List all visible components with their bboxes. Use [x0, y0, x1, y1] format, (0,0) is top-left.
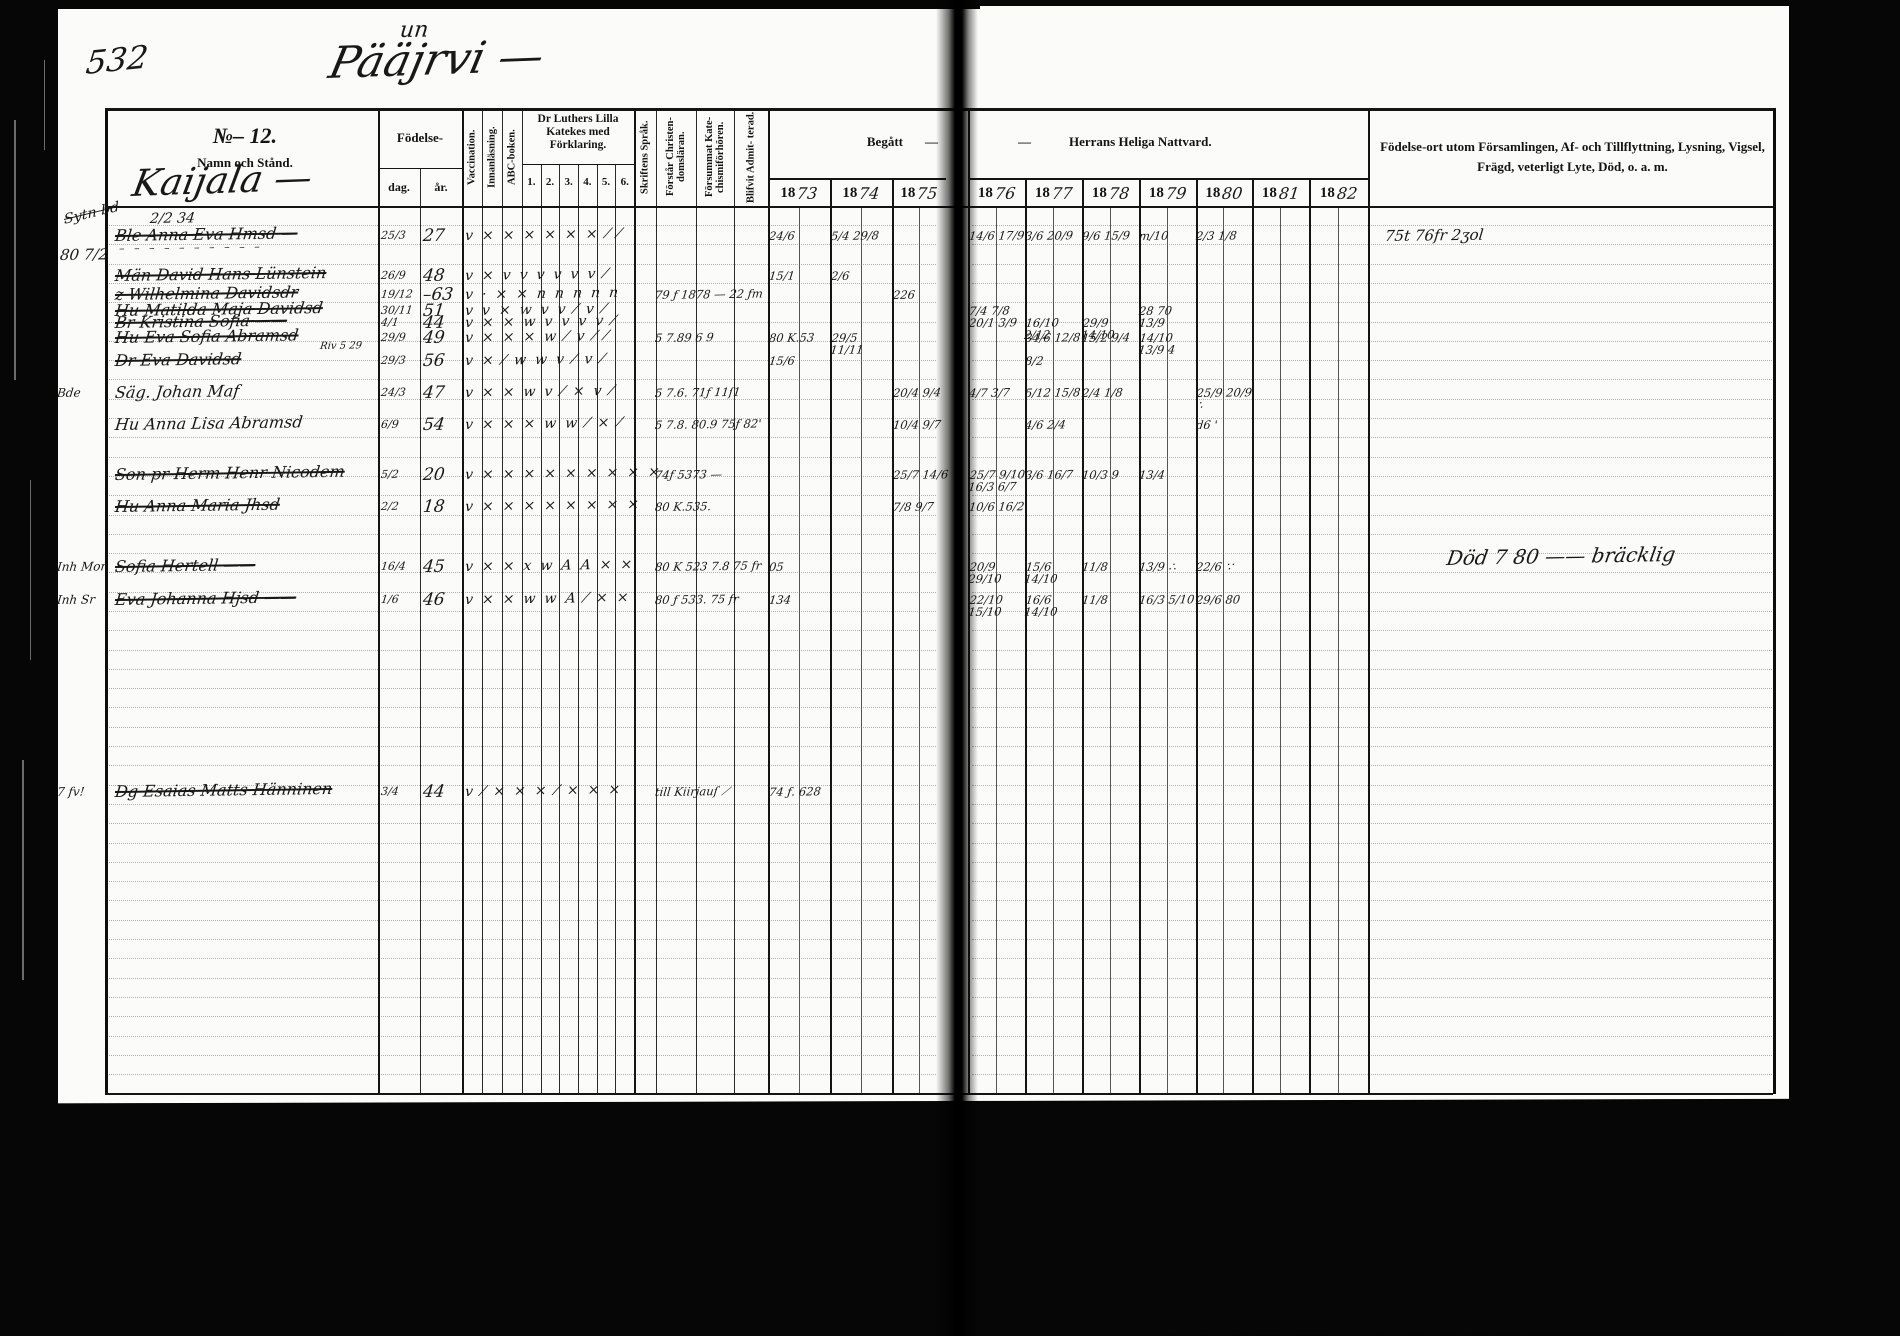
catechism-header-line2: Katekes med [546, 126, 610, 138]
year-printed: 18 [1262, 185, 1277, 202]
year-cell-1881 [1252, 560, 1308, 561]
name-cell: Säg. Johan Maf [114, 383, 384, 399]
birth-day-cell: 25/3 [380, 229, 423, 242]
margin-note-b: 80 7/2 [59, 245, 109, 264]
year-cell-1881 [1252, 593, 1308, 594]
year-cell-1873: 24/6 [768, 229, 825, 242]
year-cell-1874 [831, 304, 887, 305]
grid-line [106, 900, 936, 901]
birth-day-cell: 4/1 [380, 316, 423, 329]
year-cell-1882 [1309, 269, 1365, 270]
check-marks: v⁄×××⁄××× [464, 783, 651, 798]
grid-line [106, 862, 936, 863]
grid-line [972, 746, 1772, 747]
grid-line [972, 843, 1772, 844]
year-cell-1873: 74 ƒ. 628 [768, 785, 825, 798]
year-cell-1877: 16/6 14/10 [1024, 593, 1083, 618]
year-cell-1882 [1309, 500, 1365, 501]
grid-line [378, 168, 462, 169]
name-cell: Män David Hans Lünstein [114, 266, 384, 282]
year-cell-1877: 15/6 14/10 [1024, 560, 1083, 585]
catechism-col-5: 5. [597, 176, 616, 200]
year-cell-1878 [1082, 269, 1138, 270]
year-cell-1873 [769, 468, 825, 469]
check-marks: v××××××××× [464, 466, 651, 481]
year-cell-1880: d6 ' [1195, 418, 1252, 431]
year-printed: 18 [780, 185, 795, 202]
name-cell: Dg Esaias Matts Hänninen [114, 782, 384, 798]
year-header-1880: 1880 [1196, 180, 1252, 206]
year-cell-1879: m/10 [1138, 229, 1195, 242]
grid-line [106, 457, 936, 458]
check-marks: v××xwAA×× [464, 558, 651, 573]
year-cell-1878: 11/8 [1081, 560, 1138, 573]
year-cell-1873 [769, 386, 825, 387]
year-printed: 18 [1092, 185, 1107, 202]
grid-line [106, 881, 936, 882]
year-cell-1873 [769, 500, 825, 501]
grid-line [972, 1074, 1772, 1075]
catechism-col-1: 1. [522, 176, 541, 200]
year-cell-1879: 13/4 [1138, 468, 1195, 481]
grid-line [972, 650, 1772, 651]
year-cell-1880 [1196, 785, 1252, 786]
birth-year-cell: 18 [422, 500, 469, 513]
year-cell-1877: 3/6 20/9 [1024, 229, 1081, 242]
communion-header-left: Begått — [768, 108, 944, 176]
grid-line [106, 1016, 936, 1017]
grid-line [106, 823, 936, 824]
nattvard-dash: — [1018, 134, 1031, 150]
year-cell-1879 [1139, 500, 1195, 501]
grid-line [972, 457, 1772, 458]
catechism-note: 80 ƒ 533. 75 fr [654, 592, 767, 606]
year-header-1873: 1873 [768, 180, 830, 206]
scan-scratch [44, 60, 45, 150]
communion-header-right: — Herrans Heliga Nattvard. [968, 108, 1368, 176]
catechism-note: 5 7.89 6 9 [654, 330, 767, 344]
catechism-note: 80 K.535. [654, 499, 767, 513]
grid-line [106, 1074, 936, 1075]
remark-note: 75t 76fr 2ʒol [1384, 225, 1776, 242]
year-header-1877: 1877 [1025, 180, 1082, 206]
birth-year-cell: 49 [422, 331, 469, 344]
year-cell-1880 [1196, 468, 1252, 469]
grid-line [106, 978, 936, 979]
grid-line [972, 379, 1772, 380]
year-header-1874: 1874 [830, 180, 892, 206]
year-cell-1880 [1196, 331, 1252, 332]
name-cell: Sofia Hertell —— [114, 557, 384, 573]
grid-line [106, 746, 936, 747]
birth-year-cell: 56 [422, 354, 469, 367]
name-cell: Hu Anna Lisa Abramsd [114, 415, 384, 431]
year-cell-1880 [1196, 354, 1252, 355]
remarks-header-line1: Födelse-ort utom Församlingen, Af- och T… [1380, 137, 1765, 157]
year-cell-1877 [1025, 269, 1081, 270]
year-cell-1878: 11/8 [1081, 593, 1138, 606]
year-cell-1882 [1309, 229, 1365, 230]
book-gutter-shadow [936, 0, 978, 1336]
year-cell-1873 [769, 304, 825, 305]
birth-day-cell: 1/6 [380, 593, 423, 606]
year-cell-1881 [1252, 354, 1308, 355]
year-cell-1882 [1309, 316, 1365, 317]
year-cell-1879: 16/3 5/10 [1138, 593, 1195, 606]
birth-day-cell: 16/4 [380, 560, 423, 573]
grid-line [106, 1055, 936, 1056]
year-written: 76 [994, 183, 1016, 202]
birth-year-cell: 27 [422, 229, 469, 242]
year-cell-1874 [831, 593, 887, 594]
year-printed: 18 [1205, 185, 1220, 202]
year-cell-1881 [1252, 418, 1308, 419]
year-header-1878: 1878 [1082, 180, 1139, 206]
birth-day-cell: 6/9 [380, 418, 423, 431]
name-cell: Son pr Herm Henr Nicodem [114, 465, 384, 481]
year-cell-1880 [1196, 500, 1252, 501]
grid-line [106, 553, 936, 554]
year-cell-1879 [1139, 354, 1195, 355]
year-cell-1873: 15/1 [768, 269, 825, 282]
birth-day-cell: 3/4 [380, 785, 423, 798]
year-cell-1879 [1139, 418, 1195, 419]
grid-line [106, 650, 936, 651]
grid-line [972, 823, 1772, 824]
grid-line [106, 707, 936, 708]
year-cell-1880: 29/6 80 [1195, 593, 1252, 606]
year-cell-1881 [1252, 386, 1308, 387]
scan-scratch [30, 480, 31, 660]
year-cell-1881 [1252, 269, 1308, 270]
grid-line [106, 379, 936, 380]
year-printed: 18 [842, 185, 857, 202]
year-written: 80 [1221, 183, 1243, 202]
year-cell-1873 [769, 418, 825, 419]
year-cell-1878 [1082, 288, 1138, 289]
grid-line [106, 843, 936, 844]
year-cell-1880: 25/9 20/9 ∴ [1195, 386, 1254, 411]
birth-year-cell: 47 [422, 386, 469, 399]
year-cell-1877 [1025, 304, 1081, 305]
catechism-header-line3: Förklaring. [550, 139, 607, 151]
year-cell-1874 [831, 468, 887, 469]
grid-line [522, 164, 634, 165]
year-cell-1877 [1025, 785, 1081, 786]
parish-title: Pääjrvi — [325, 31, 549, 89]
grid-line [972, 978, 1772, 979]
year-printed: 18 [900, 185, 915, 202]
year-cell-1877: 3/6 16/7 [1024, 468, 1081, 481]
scan-border-top2 [980, 0, 1900, 5]
year-written: 77 [1051, 183, 1073, 202]
year-cell-1879 [1139, 785, 1195, 786]
year-cell-1873 [769, 316, 825, 317]
grid-line [972, 765, 1772, 766]
year-cell-1882 [1309, 288, 1365, 289]
year-header-1882: 1882 [1309, 180, 1368, 206]
nattvard-label: Herrans Heliga Nattvard. [1069, 134, 1212, 150]
year-cell-1879 [1139, 288, 1195, 289]
year-cell-1880 [1196, 288, 1252, 289]
catechism-note: till Kiirjauſ ⟋ [654, 784, 767, 798]
understands-christianity-column-header: Förstår Christen- domsläran. [656, 110, 696, 204]
year-cell-1881 [1252, 468, 1308, 469]
catechism-note: 5 7.6. 71ƒ 11ſ1 [654, 385, 767, 399]
year-cell-1873: 80 K.53 [768, 331, 825, 344]
birth-year-cell: 20 [422, 468, 469, 481]
grid-line [106, 688, 936, 689]
grid-line [972, 1036, 1772, 1037]
scan-scratch [22, 760, 24, 980]
grid-line [106, 669, 936, 670]
birth-day-cell: 29/3 [380, 354, 423, 367]
begatt-label: Begått [867, 134, 903, 150]
birth-year-header: år. [420, 172, 462, 202]
year-cell-1881 [1252, 229, 1308, 230]
year-cell-1874: 2/6 [830, 269, 887, 282]
check-marks: v××wv⁄×v⁄ [464, 384, 651, 399]
year-cell-1882 [1309, 418, 1365, 419]
year-cell-1874 [831, 288, 887, 289]
year-cell-1878 [1082, 304, 1138, 305]
record-number: №– 12. [150, 118, 340, 154]
vaccination-column-header: Vaccination. [462, 110, 482, 204]
year-cell-1878 [1082, 354, 1138, 355]
remarks-column-header: Födelse-ort utom Församlingen, Af- och T… [1372, 108, 1773, 206]
year-printed: 18 [1320, 185, 1335, 202]
year-cell-1874: 29/5 11/11 [830, 331, 889, 356]
birth-year-cell: –63 [422, 288, 469, 301]
year-header-1881: 1881 [1252, 180, 1309, 206]
year-cell-1878 [1082, 418, 1138, 419]
name-cell: Hu Anna Maria Jhsd [114, 497, 384, 513]
year-cell-1874 [831, 386, 887, 387]
year-cell-1877: 34/6 12/8 [1024, 331, 1081, 344]
year-cell-1873 [769, 288, 825, 289]
year-cell-1882 [1309, 304, 1365, 305]
year-cell-1878 [1082, 500, 1138, 501]
grid-line [972, 630, 1772, 631]
catechism-col-6: 6. [615, 176, 634, 200]
birth-day-cell: 24/3 [380, 386, 423, 399]
year-printed: 18 [1149, 185, 1164, 202]
grid-line [972, 881, 1772, 882]
grid-line [972, 900, 1772, 901]
margin-note: Inh Mor [56, 560, 107, 573]
scan-scratch [14, 120, 16, 380]
grid-line [106, 997, 936, 998]
name-cell: Dr Eva Davidsd [114, 351, 384, 367]
year-printed: 18 [1035, 185, 1050, 202]
birth-column-header: Födelse- [378, 112, 462, 164]
year-cell-1877 [1025, 288, 1081, 289]
year-written: 73 [796, 183, 818, 202]
year-cell-1881 [1252, 500, 1308, 501]
year-cell-1874 [831, 560, 887, 561]
grid-line [972, 1016, 1772, 1017]
grid-line [972, 920, 1772, 921]
reading-column-header: Innanläsning. [482, 110, 502, 204]
check-marks: v×××w⁄v⁄⁄ [464, 329, 651, 344]
grid-line [972, 958, 1772, 959]
birth-day-cell: 5/2 [380, 468, 423, 481]
year-cell-1879: 13/9 [1138, 316, 1195, 329]
grid-line [106, 1036, 936, 1037]
birth-year-cell: 54 [422, 418, 469, 431]
birth-year-cell: 44 [422, 785, 469, 798]
check-marks: v×××××××× [464, 498, 651, 513]
check-marks: v×××ww⁄×⁄ [464, 416, 651, 431]
birth-year-cell: 46 [422, 593, 469, 606]
grid-line [106, 958, 936, 959]
grid-line [972, 669, 1772, 670]
birth-year-cell: 48 [422, 269, 469, 282]
check-marks: v××××××⁄⁄ [464, 227, 651, 242]
catechism-subcolumn-numbers: 1. 2. 3. 4. 5. 6. [522, 176, 634, 200]
year-cell-1882 [1309, 785, 1365, 786]
margin-note: Bde [56, 386, 107, 399]
year-cell-1881 [1252, 304, 1308, 305]
year-cell-1874: 5/4 29/8 [830, 229, 887, 242]
year-cell-1877: 5/12 15/8 [1024, 386, 1081, 399]
catechism-note: 74ƒ 5373 — [654, 467, 767, 481]
grid-line [106, 630, 936, 631]
year-cell-1880 [1196, 304, 1252, 305]
grid-line [972, 727, 1772, 728]
year-cell-1880 [1196, 269, 1252, 270]
year-cell-1881 [1252, 316, 1308, 317]
remarks-header-line2: Frägd, veterligt Lyte, Död, o. a. m. [1477, 157, 1668, 177]
grid-line [972, 862, 1772, 863]
abc-book-column-header: ABC-boken. [502, 110, 522, 204]
check-marks: v×vvvvvv⁄ [464, 267, 651, 282]
birth-day-cell: 19/12 [380, 288, 423, 301]
year-cell-1881 [1252, 288, 1308, 289]
year-cell-1874 [831, 354, 887, 355]
scripture-language-column-header: Skriftens Språk. [634, 110, 656, 204]
year-written: 78 [1108, 183, 1130, 202]
grid-line [972, 939, 1772, 940]
admitted-column-header: Blifvit Admit- terad. [734, 110, 768, 204]
year-printed: 18 [978, 185, 993, 202]
catechism-header-line1: Dr Luthers Lilla [538, 113, 619, 125]
year-cell-1882 [1309, 560, 1365, 561]
grid-line [106, 920, 936, 921]
year-cell-1880 [1196, 316, 1252, 317]
year-cell-1881 [1252, 331, 1308, 332]
catechism-note: 5 7.8. 80.9 75ƒ 82' [654, 417, 767, 431]
grid-line [106, 939, 936, 940]
grid-line [972, 997, 1772, 998]
year-written: 79 [1165, 183, 1187, 202]
grid-line [972, 264, 1772, 265]
year-cell-1882 [1309, 331, 1365, 332]
name-cell: Eva Johanna Hjsd —— [114, 590, 384, 606]
grid-line [106, 727, 936, 728]
year-cell-1878: 10/3 9 [1081, 468, 1138, 481]
year-written: 82 [1336, 183, 1358, 202]
year-cell-1882 [1309, 354, 1365, 355]
check-marks: v×⁄wwv⁄v⁄ [464, 352, 651, 367]
year-cell-1880: 22/6 ∵ [1195, 560, 1252, 573]
grid-line [972, 1055, 1772, 1056]
check-marks: v××wwA⁄×× [464, 591, 651, 606]
year-cell-1879 [1139, 269, 1195, 270]
year-cell-1878: 2/4 1/8 [1081, 386, 1138, 399]
year-cell-1877: 8/2 [1024, 354, 1081, 367]
year-cell-1873: 05 [768, 560, 825, 573]
check-marks: v·××nnnnn [464, 286, 651, 301]
page-number: 532 [84, 38, 150, 82]
year-cell-1879 [1139, 386, 1195, 387]
missed-catechism-column-header: Försummat Kate- chismiförhören. [696, 110, 734, 204]
village-name: Kaijala — [129, 156, 316, 205]
grid-line [972, 495, 1772, 496]
catechism-column-header: Dr Luthers Lilla Katekes med Förklaring. [522, 113, 634, 163]
year-cell-1877 [1025, 500, 1081, 501]
scan-border-top [0, 0, 980, 9]
year-cell-1873: 134 [768, 593, 825, 606]
catechism-col-2: 2. [541, 176, 560, 200]
year-written: 74 [858, 183, 880, 202]
year-cell-1881 [1252, 785, 1308, 786]
grid-line [972, 534, 1772, 535]
check-marks: v××wvvvv⁄ [464, 314, 651, 329]
year-cell-1878: 9/6 15/9 [1081, 229, 1138, 242]
year-cell-1874 [831, 316, 887, 317]
year-cell-1879: 14/10 13/9 4 [1138, 331, 1197, 356]
year-cell-1874 [831, 785, 887, 786]
year-cell-1879: 13/9 ∴ [1138, 560, 1195, 573]
catechism-col-4: 4. [578, 176, 597, 200]
year-cell-1882 [1309, 593, 1365, 594]
year-cell-1878 [1082, 785, 1138, 786]
catechism-note: 80 K 523 7.8 75 fr [654, 559, 767, 573]
grid-line [106, 534, 936, 535]
grid-line [972, 707, 1772, 708]
scanned-book-page: 532 un Pääjrvi — №– 12. Namn och Stånd. … [0, 0, 1900, 1336]
year-cell-1882 [1309, 386, 1365, 387]
birth-year-cell: 45 [422, 560, 469, 573]
year-written: 81 [1278, 183, 1300, 202]
year-header-1879: 1879 [1139, 180, 1196, 206]
grid-line [106, 765, 936, 766]
margin-note: 7 fv! [56, 785, 107, 798]
birth-day-cell: 2/2 [380, 500, 423, 513]
year-cell-1874 [831, 500, 887, 501]
year-cell-1880: 2/3 1/8 [1195, 229, 1252, 242]
year-cell-1882 [1309, 468, 1365, 469]
catechism-col-3: 3. [559, 176, 578, 200]
margin-note: Inh Sr [56, 593, 107, 606]
birth-day-header: dag. [378, 172, 420, 202]
year-cell-1873: 15/6 [768, 354, 825, 367]
year-cell-1878: 15/2 9/4 [1081, 331, 1138, 344]
year-cell-1877: 4/6 2/4 [1024, 418, 1081, 431]
catechism-note: 79 ƒ 1878 — 22 ƒm [654, 287, 767, 301]
grid-line [972, 688, 1772, 689]
birth-day-cell: 26/9 [380, 269, 423, 282]
year-cell-1874 [831, 418, 887, 419]
